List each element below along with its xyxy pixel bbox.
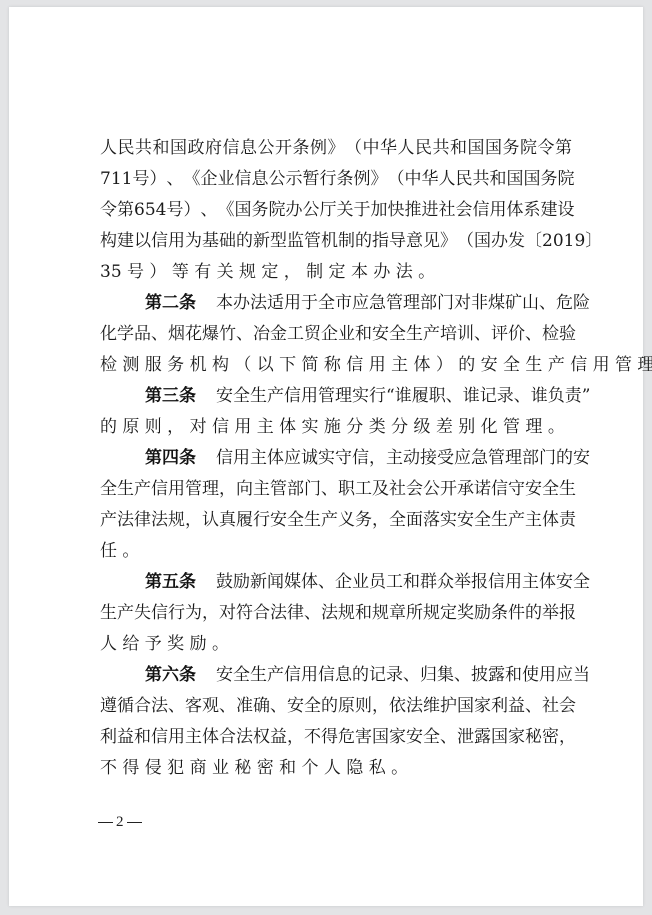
document-page: 人民共和国政府信息公开条例》（中华人民共和国国务院令第 711号）、《企业信息公… [9,7,643,906]
article-label: 第三条 [145,381,196,412]
article-label: 第四条 [145,443,196,474]
text-line: 人民共和国政府信息公开条例》（中华人民共和国国务院令第 [100,133,572,164]
text-line: 令第654号）、《国务院办公厅关于加快推进社会信用体系建设 [100,195,572,226]
document-body: 人民共和国政府信息公开条例》（中华人民共和国国务院令第 711号）、《企业信息公… [100,133,572,784]
text-line: 遵循合法、客观、准确、安全的原则，依法维护国家利益、社会 [100,691,572,722]
page-number: 2 [98,814,142,831]
page-number-dash-right [127,822,142,823]
article-label: 第六条 [145,660,196,691]
text-line: 任。 [100,536,572,567]
text-line: 全生产信用管理，向主管部门、职工及社会公开承诺信守安全生 [100,474,572,505]
article-text: 安全生产信用信息的记录、归集、披露和使用应当 [216,660,590,691]
article-first-line: 第三条 安全生产信用管理实行“谁履职、谁记录、谁负责” [100,381,572,412]
text-line: 生产失信行为，对符合法律、法规和规章所规定奖励条件的举报 [100,598,572,629]
text-line: 711号）、《企业信息公示暂行条例》（中华人民共和国国务院 [100,164,572,195]
text-line: 的原则，对信用主体实施分类分级差别化管理。 [100,412,572,443]
article-text: 鼓励新闻媒体、企业员工和群众举报信用主体安全 [216,567,590,598]
text-line: 利益和信用主体合法权益，不得危害国家安全、泄露国家秘密， [100,722,572,753]
text-line: 化学品、烟花爆竹、冶金工贸企业和安全生产培训、评价、检验 [100,319,572,350]
article-first-line: 第四条 信用主体应诚实守信，主动接受应急管理部门的安 [100,443,572,474]
text-line: 检测服务机构（以下简称信用主体）的安全生产信用管理。 [100,350,572,381]
article-label: 第二条 [145,288,196,319]
article-first-line: 第二条 本办法适用于全市应急管理部门对非煤矿山、危险 [100,288,572,319]
article-text: 安全生产信用管理实行“谁履职、谁记录、谁负责” [216,381,590,412]
text-line: 35号）等有关规定，制定本办法。 [100,257,572,288]
text-line: 构建以信用为基础的新型监管机制的指导意见》（国办发〔2019〕 [100,226,572,257]
article-text: 本办法适用于全市应急管理部门对非煤矿山、危险 [216,288,590,319]
article-text: 信用主体应诚实守信，主动接受应急管理部门的安 [216,443,590,474]
article-first-line: 第五条 鼓励新闻媒体、企业员工和群众举报信用主体安全 [100,567,572,598]
text-line: 人给予奖励。 [100,629,572,660]
page-number-value: 2 [116,814,124,831]
article-first-line: 第六条 安全生产信用信息的记录、归集、披露和使用应当 [100,660,572,691]
text-line: 不得侵犯商业秘密和个人隐私。 [100,753,572,784]
text-line: 产法律法规，认真履行安全生产义务，全面落实安全生产主体责 [100,505,572,536]
page-number-dash-left [98,822,113,823]
article-label: 第五条 [145,567,196,598]
